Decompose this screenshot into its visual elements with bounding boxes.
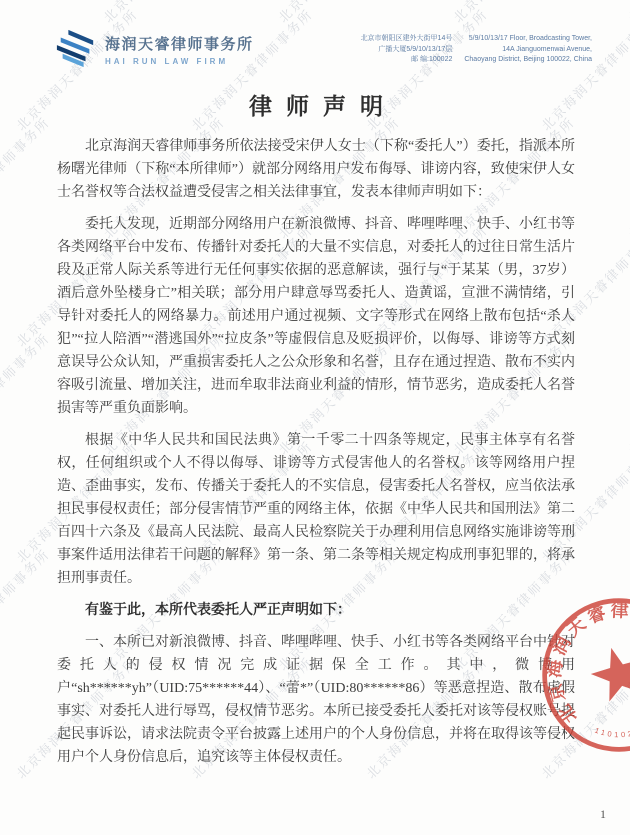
address-cn: 北京市朝阳区建外大街甲14号 广播大厦5/9/10/13/17层 邮 编:100… bbox=[361, 34, 453, 66]
watermark-text: 北京海润天睿律师事务所 bbox=[448, 0, 578, 26]
watermark-text: 北京海润天睿律师事务所 bbox=[0, 112, 53, 242]
page-number: 1 bbox=[600, 807, 606, 822]
watermark-text: 北京海润天睿律师事务所 bbox=[98, 0, 228, 26]
seal-star-icon bbox=[585, 640, 630, 704]
address-cn-line: 北京市朝阳区建外大街甲14号 bbox=[361, 34, 453, 45]
watermark-text: 北京海润天睿律师事务所 bbox=[623, 112, 630, 242]
paragraph-item-one: 一、本所已对新浪微博、抖音、哔哩哔哩、快手、小红书等各类网络平台中针对委托人的侵… bbox=[57, 631, 575, 769]
letterhead: 海润天睿律师事务所 HAI RUN LAW FIRM 北京市朝阳区建外大街甲14… bbox=[55, 28, 592, 68]
seal-serial-number: 11010202893 bbox=[592, 707, 630, 748]
firm-names: 海润天睿律师事务所 HAI RUN LAW FIRM bbox=[105, 28, 254, 66]
address-cn-line: 邮 编:100022 bbox=[361, 55, 453, 66]
wave-logo-icon bbox=[55, 28, 97, 68]
svg-text:11010202893: 11010202893 bbox=[592, 707, 630, 748]
watermark-text: 北京海润天睿律师事务所 bbox=[623, 328, 630, 458]
address-en-line: 5/9/10/13/17 Floor, Broadcasting Tower, bbox=[464, 34, 592, 45]
watermark-text: 北京海润天睿律师事务所 bbox=[0, 0, 53, 26]
statement-body: 律师声明 北京海润天睿律师事务所依法接受宋伊人女士（下称“委托人”）委托，指派本… bbox=[57, 88, 575, 778]
paragraph-findings: 委托人发现，近期部分网络用户在新浪微博、抖音、哔哩哔哩、快手、小红书等各类网络平… bbox=[57, 213, 575, 420]
paragraph-engagement: 北京海润天睿律师事务所依法接受宋伊人女士（下称“委托人”）委托，指派本所杨曙光律… bbox=[57, 135, 575, 204]
watermark-text: 北京海润天睿律师事务所 bbox=[0, 328, 53, 458]
watermark-text: 北京海润天睿律师事务所 bbox=[273, 0, 403, 26]
address-en-line: Chaoyang District, Beijing 100022, China bbox=[464, 55, 592, 66]
address-block: 北京市朝阳区建外大街甲14号 广播大厦5/9/10/13/17层 邮 编:100… bbox=[361, 28, 592, 66]
firm-name-en: HAI RUN LAW FIRM bbox=[105, 57, 254, 66]
firm-name-cn: 海润天睿律师事务所 bbox=[105, 33, 254, 54]
watermark-text: 北京海润天睿律师事务所 bbox=[0, 544, 53, 674]
address-cn-line: 广播大厦5/9/10/13/17层 bbox=[361, 45, 453, 56]
paragraph-declaration-heading: 有鉴于此，本所代表委托人严正声明如下： bbox=[57, 599, 575, 622]
address-en: 5/9/10/13/17 Floor, Broadcasting Tower, … bbox=[464, 34, 592, 66]
page-title: 律师声明 bbox=[57, 88, 575, 121]
document-page: 北京海润天睿律师事务所北京海润天睿律师事务所北京海润天睿律师事务所北京海润天睿律… bbox=[0, 0, 630, 835]
paragraph-legal-basis: 根据《中华人民共和国民法典》第一千零二十四条等规定，民事主体享有名誉权，任何组织… bbox=[57, 429, 575, 590]
law-firm-logo: 海润天睿律师事务所 HAI RUN LAW FIRM bbox=[55, 28, 254, 68]
address-en-line: 14A Jianguomenwai Avenue, bbox=[464, 45, 592, 56]
watermark-text: 北京海润天睿律师事务所 bbox=[623, 0, 630, 26]
